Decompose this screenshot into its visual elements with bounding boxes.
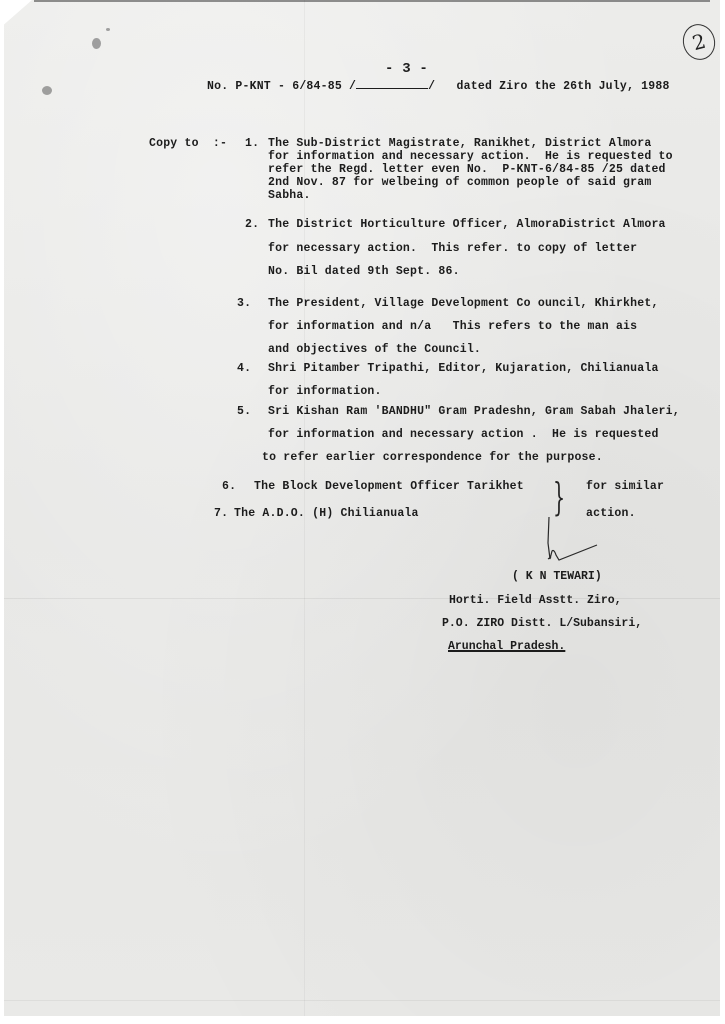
item-text: No. Bil dated 9th Sept. 86. bbox=[268, 265, 460, 279]
item-text: The District Horticulture Officer, Almor… bbox=[268, 218, 666, 232]
item-number: 3. bbox=[237, 297, 251, 311]
item-text: The President, Village Development Co ou… bbox=[268, 297, 659, 311]
copy-to-label: Copy to :- bbox=[149, 137, 227, 151]
item-number: 6. bbox=[222, 480, 236, 494]
item-number: 5. bbox=[237, 405, 251, 419]
item-text: 2nd Nov. 87 for welbeing of common peopl… bbox=[268, 176, 651, 190]
handwritten-page-number: 2 bbox=[679, 20, 719, 63]
item-text: refer the Regd. letter even No. P-KNT-6/… bbox=[268, 163, 666, 177]
item-text: for necessary action. This refer. to cop… bbox=[268, 242, 637, 256]
item-text: Sri Kishan Ram 'BANDHU" Gram Pradeshn, G… bbox=[268, 405, 680, 419]
stain bbox=[92, 38, 101, 49]
document-page: 2 - 3 - No. P-KNT - 6/84-85 // dated Zir… bbox=[4, 0, 720, 1016]
item-text: and objectives of the Council. bbox=[268, 343, 481, 357]
item-text: for information and n/a This refers to t… bbox=[268, 320, 637, 334]
reference-line: No. P-KNT - 6/84-85 // dated Ziro the 26… bbox=[207, 78, 670, 94]
item-text: for information and necessary action . H… bbox=[268, 428, 659, 442]
item-number: 7. bbox=[214, 507, 228, 521]
grouped-note: for similar bbox=[586, 480, 664, 494]
signatory-state: Arunchal Pradesh. bbox=[448, 640, 565, 654]
item-text: The Block Development Officer Tarikhet bbox=[254, 480, 524, 494]
item-number: 4. bbox=[237, 362, 251, 376]
item-text: to refer earlier correspondence for the … bbox=[262, 451, 603, 465]
brace-symbol: } bbox=[553, 478, 565, 516]
torn-corner bbox=[4, 0, 32, 28]
item-text: Shri Pitamber Tripathi, Editor, Kujarati… bbox=[268, 362, 659, 376]
item-text: The A.D.O. (H) Chilianuala bbox=[234, 507, 419, 521]
item-text: for information. bbox=[268, 385, 382, 399]
signatory-designation: Horti. Field Asstt. Ziro, bbox=[449, 594, 622, 608]
item-number: 2. bbox=[245, 218, 259, 232]
reference-blank bbox=[356, 78, 428, 89]
stain bbox=[42, 86, 52, 95]
page-marker: - 3 - bbox=[385, 62, 428, 76]
signatory-address: P.O. ZIRO Distt. L/Subansiri, bbox=[442, 617, 642, 631]
reference-date: dated Ziro the 26th July, 1988 bbox=[457, 80, 670, 93]
stain bbox=[106, 28, 110, 31]
fold-line bbox=[4, 1000, 720, 1001]
item-text: Sabha. bbox=[268, 189, 311, 203]
item-text: for information and necessary action. He… bbox=[268, 150, 673, 164]
reference-number: No. P-KNT - 6/84-85 / bbox=[207, 80, 356, 93]
item-text: The Sub-District Magistrate, Ranikhet, D… bbox=[268, 137, 651, 151]
item-number: 1. bbox=[245, 137, 259, 151]
signature-mark bbox=[539, 515, 609, 565]
page-top-edge bbox=[34, 0, 710, 2]
reference-suffix: / bbox=[428, 80, 435, 93]
signatory-name: ( K N TEWARI) bbox=[512, 570, 602, 584]
